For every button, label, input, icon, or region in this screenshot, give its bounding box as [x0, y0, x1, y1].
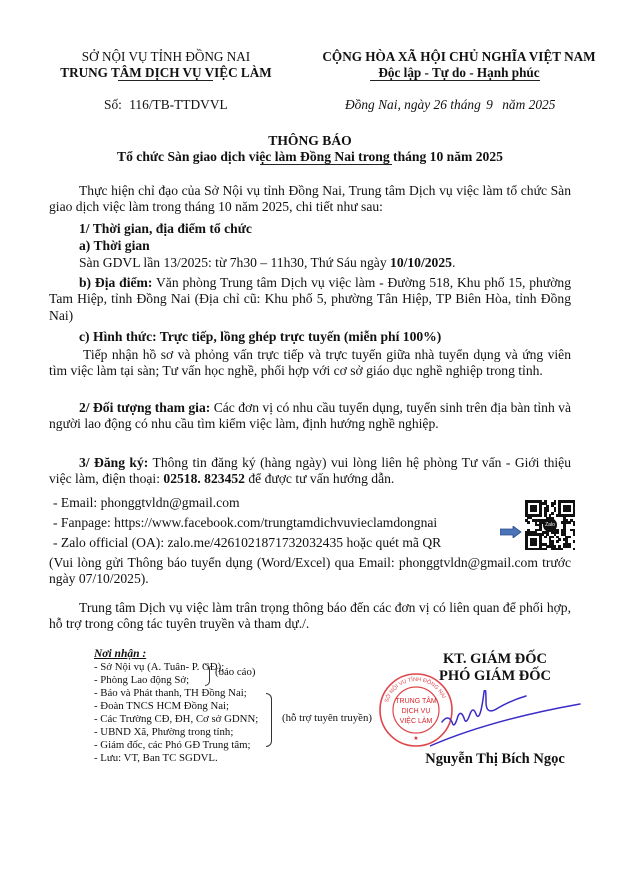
- header-right: CỘNG HÒA XÃ HỘI CHỦ NGHĨA VIỆT NAM Độc l…: [310, 49, 608, 80]
- zalo-qr-code[interactable]: Zalo: [525, 500, 575, 550]
- document-date: Đồng Nai, ngày 26 tháng 9 năm 2025: [345, 97, 555, 113]
- recipient-item: - Phòng Lao động Sở;: [94, 674, 189, 687]
- section-1-heading: 1/ Thời gian, địa điểm tổ chức: [79, 221, 252, 237]
- signature-title-1: KT. GIÁM ĐỐC: [405, 651, 585, 668]
- section-1c-heading: c) Hình thức: Trực tiếp, lồng ghép trực …: [79, 329, 441, 345]
- note-paragraph: (Vui lòng gửi Thông báo tuyển dụng (Word…: [49, 555, 571, 588]
- agency-underline: [118, 80, 213, 81]
- national-motto: Độc lập - Tự do - Hạnh phúc: [310, 65, 608, 81]
- section-2-paragraph: 2/ Đối tượng tham gia: Các đơn vị có nhu…: [49, 400, 571, 433]
- doc-subject: Tổ chức Sàn giao dịch việc làm Đồng Nai …: [0, 149, 620, 165]
- intro-paragraph: Thực hiện chỉ đạo của Sở Nội vụ tỉnh Đồn…: [49, 183, 571, 216]
- number-value: 116: [129, 97, 149, 112]
- section-1c-paragraph: Tiếp nhận hồ sơ và phỏng vấn trực tiếp v…: [49, 347, 571, 380]
- agency-name: TRUNG TÂM DỊCH VỤ VIỆC LÀM: [50, 65, 282, 81]
- svg-text:DỊCH VỤ: DỊCH VỤ: [402, 708, 431, 715]
- brace-group-1: [205, 664, 210, 686]
- brace-group-2: [266, 693, 272, 747]
- recipient-item: - UBND Xã, Phường trong tỉnh;: [94, 726, 233, 739]
- section-3-paragraph: 3/ Đăng ký: Thông tin đăng ký (hàng ngày…: [49, 455, 571, 488]
- ministry-name: SỞ NỘI VỤ TỈNH ĐỒNG NAI: [50, 49, 282, 65]
- contact-phone: 02518. 823452: [163, 471, 245, 486]
- section-1a-heading: a) Thời gian: [79, 238, 150, 254]
- recipient-item: - Báo và Phát thanh, TH Đồng Nai;: [94, 687, 247, 700]
- closing-paragraph: Trung tâm Dịch vụ việc làm trân trọng th…: [49, 600, 571, 633]
- motto-underline: [370, 80, 540, 81]
- section-1b-paragraph: b) Địa điểm: Văn phòng Trung tâm Dịch vụ…: [49, 275, 571, 324]
- header-left: SỞ NỘI VỤ TỈNH ĐỒNG NAI TRUNG TÂM DỊCH V…: [50, 49, 282, 80]
- zalo-logo-icon: Zalo: [543, 518, 557, 532]
- arrow-right-icon: [500, 526, 522, 538]
- event-date: 10/10/2025: [390, 255, 452, 270]
- recipient-item: - Giám đốc, các Phó GĐ Trung tâm;: [94, 739, 251, 752]
- recipients-group-1-note: (báo cáo): [215, 666, 255, 679]
- handwritten-signature: [430, 690, 590, 750]
- doc-type: THÔNG BÁO: [0, 133, 620, 149]
- document-title: THÔNG BÁO Tổ chức Sàn giao dịch việc làm…: [0, 133, 620, 165]
- document-number: Số: 116/TB-TTDVVL: [104, 97, 228, 113]
- svg-text:VIỆC LÀM: VIỆC LÀM: [400, 716, 433, 725]
- svg-text:★: ★: [413, 735, 418, 742]
- recipient-item: - Các Trường CĐ, ĐH, Cơ sở GDNN;: [94, 713, 258, 726]
- email-line[interactable]: - Email: phonggtvldn@gmail.com: [53, 495, 240, 511]
- section-1a-text: Sàn GDVL lần 13/2025: từ 7h30 – 11h30, T…: [79, 255, 455, 271]
- recipients-group-2-note: (hỗ trợ tuyên truyền): [282, 712, 372, 725]
- nation-name: CỘNG HÒA XÃ HỘI CHỦ NGHĨA VIỆT NAM: [310, 49, 608, 65]
- recipient-item: - Lưu: VT, Ban TC SGDVL.: [94, 752, 218, 765]
- title-underline: [260, 164, 392, 165]
- recipients-heading: Nơi nhận :: [94, 648, 146, 660]
- recipient-item: - Đoàn TNCS HCM Đồng Nai;: [94, 700, 229, 713]
- zalo-line[interactable]: - Zalo official (OA): zalo.me/4261021871…: [53, 535, 441, 551]
- fanpage-line[interactable]: - Fanpage: https://www.facebook.com/trun…: [53, 515, 437, 531]
- signer-name: Nguyễn Thị Bích Ngọc: [405, 751, 585, 768]
